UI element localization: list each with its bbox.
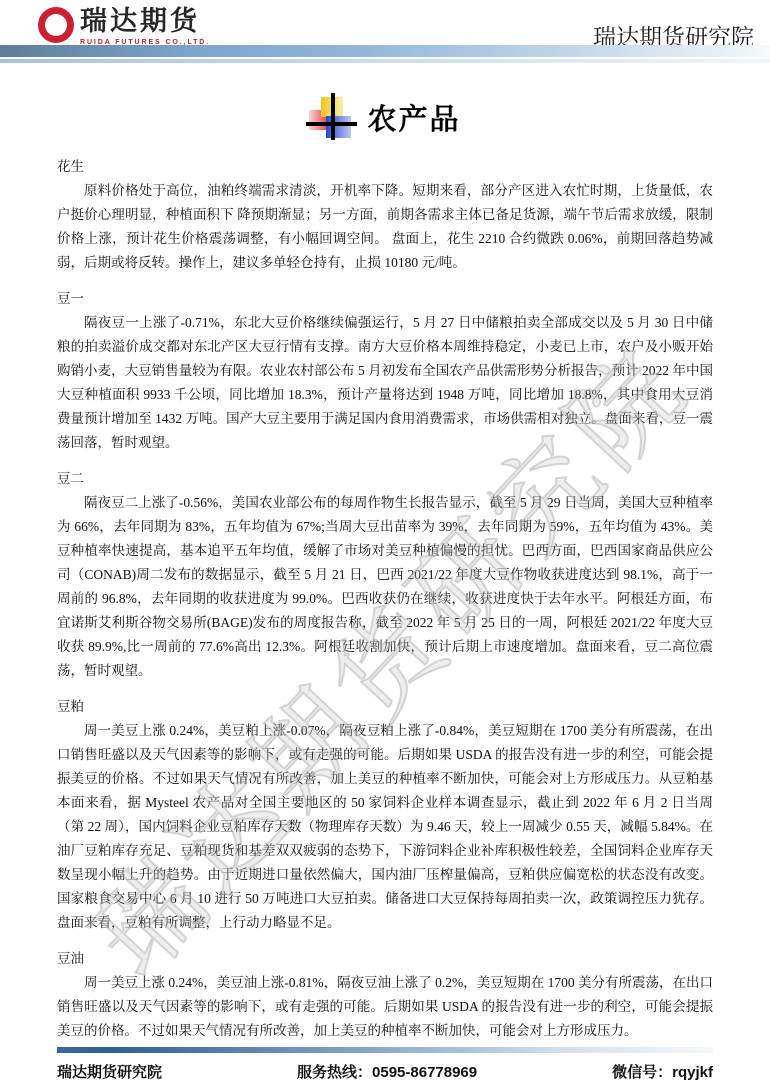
report-page: 瑞达期货 RUIDA FUTURES CO.,LTD. 瑞达期货研究院 农产品 … bbox=[0, 0, 770, 1089]
icon-cross-vertical bbox=[331, 93, 335, 140]
section-soybean-no2: 豆二 隔夜豆二上涨了-0.56%，美国农业部公布的每周作物生长报告显示，截至 5… bbox=[57, 467, 713, 683]
footer-institute: 瑞达期货研究院 bbox=[57, 1061, 162, 1082]
section-heading: 豆二 bbox=[57, 467, 713, 491]
footer-hotline: 服务热线：0595-86778969 bbox=[297, 1061, 477, 1082]
footer-hotline-label: 服务热线： bbox=[297, 1064, 372, 1081]
section-soybean-oil: 豆油 周一美豆上涨 0.24%，美豆油上涨-0.81%，隔夜豆油上涨了 0.2%… bbox=[57, 947, 713, 1043]
page-header: 瑞达期货 RUIDA FUTURES CO.,LTD. 瑞达期货研究院 bbox=[0, 0, 770, 45]
footer-wechat: 微信号：rqyjkf bbox=[612, 1061, 713, 1082]
section-heading: 豆粕 bbox=[57, 695, 713, 719]
report-title: 农产品 bbox=[367, 97, 460, 138]
report-body: 花生 原料价格处于高位，油粕终端需求清淡，开机率下降。短期来看，部分产区进入农忙… bbox=[57, 155, 713, 1043]
section-heading: 豆油 bbox=[57, 947, 713, 971]
section-paragraph: 原料价格处于高位，油粕终端需求清淡，开机率下降。短期来看，部分产区进入农忙时期，… bbox=[57, 179, 713, 275]
logo-text: 瑞达期货 RUIDA FUTURES CO.,LTD. bbox=[80, 5, 210, 46]
footer-divider-bar bbox=[57, 1047, 713, 1053]
header-bar-main bbox=[0, 45, 770, 57]
company-logo: 瑞达期货 RUIDA FUTURES CO.,LTD. bbox=[36, 5, 210, 46]
brand-name-cn: 瑞达期货 bbox=[80, 8, 210, 35]
icon-blue-square bbox=[326, 116, 351, 138]
section-paragraph: 周一美豆上涨 0.24%，美豆粕上涨-0.07%，隔夜豆粕上涨了-0.84%，美… bbox=[57, 719, 713, 935]
report-title-row: 农产品 bbox=[0, 94, 770, 140]
section-heading: 花生 bbox=[57, 155, 713, 179]
section-soybean-no1: 豆一 隔夜豆一上涨了-0.71%，东北大豆价格继续偏强运行，5 月 27 日中储… bbox=[57, 287, 713, 455]
footer-row: 瑞达期货研究院 服务热线：0595-86778969 微信号：rqyjkf bbox=[57, 1061, 713, 1082]
header-divider-bar bbox=[0, 45, 770, 63]
section-paragraph: 隔夜豆一上涨了-0.71%，东北大豆价格继续偏强运行，5 月 27 日中储粮拍卖… bbox=[57, 311, 713, 455]
section-soybean-meal: 豆粕 周一美豆上涨 0.24%，美豆粕上涨-0.07%，隔夜豆粕上涨了-0.84… bbox=[57, 695, 713, 935]
section-peanut: 花生 原料价格处于高位，油粕终端需求清淡，开机率下降。短期来看，部分产区进入农忙… bbox=[57, 155, 713, 275]
footer-wechat-label: 微信号： bbox=[612, 1064, 672, 1081]
footer-hotline-number: 0595-86778969 bbox=[372, 1064, 477, 1081]
header-bar-light bbox=[0, 59, 770, 63]
ruida-swirl-icon bbox=[36, 5, 76, 45]
colored-cross-icon bbox=[309, 94, 355, 140]
section-paragraph: 隔夜豆二上涨了-0.56%，美国农业部公布的每周作物生长报告显示，截至 5 月 … bbox=[57, 491, 713, 683]
section-heading: 豆一 bbox=[57, 287, 713, 311]
icon-cross-horizontal bbox=[306, 122, 357, 126]
section-paragraph: 周一美豆上涨 0.24%，美豆油上涨-0.81%，隔夜豆油上涨了 0.2%，美豆… bbox=[57, 971, 713, 1043]
footer-wechat-id: rqyjkf bbox=[672, 1064, 713, 1081]
page-footer: 瑞达期货研究院 服务热线：0595-86778969 微信号：rqyjkf bbox=[0, 1047, 770, 1089]
